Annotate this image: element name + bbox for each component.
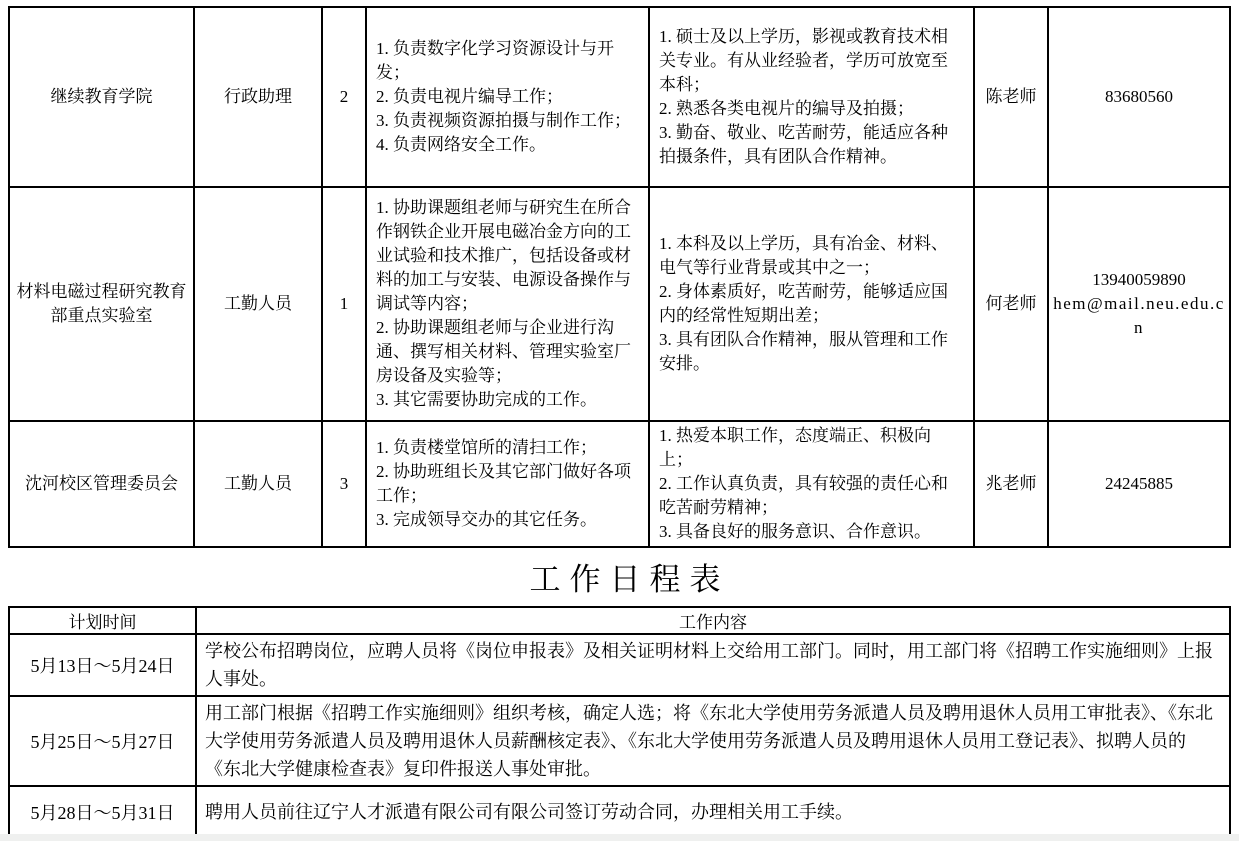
duty-item: 3. 完成领导交办的其它任务。: [376, 508, 639, 532]
duty-item: 2. 协助课题组老师与企业进行沟通、撰写相关材料、管理实验室厂房设备及实验等；: [376, 316, 639, 388]
duty-item: 2. 负责电视片编导工作；: [376, 85, 639, 109]
department-cell: 继续教育学院: [9, 7, 194, 187]
contact-cell: 陈老师: [974, 7, 1048, 187]
requirement-item: 2. 熟悉各类电视片的编导及拍摄；: [659, 97, 964, 121]
schedule-time-cell: 5月25日～5月27日: [9, 696, 196, 786]
table-row: 沈河校区管理委员会 工勤人员 3 1. 负责楼堂馆所的清扫工作； 2. 协助班组…: [9, 421, 1230, 547]
duty-item: 1. 负责楼堂馆所的清扫工作；: [376, 436, 639, 460]
requirement-item: 1. 本科及以上学历，具有冶金、材料、电气等行业背景或其中之一；: [659, 232, 964, 280]
page-bottom-margin: [0, 834, 1239, 841]
position-cell: 行政助理: [194, 7, 322, 187]
duty-item: 4. 负责网络安全工作。: [376, 133, 639, 157]
contact-cell: 何老师: [974, 187, 1048, 421]
table-row: 继续教育学院 行政助理 2 1. 负责数字化学习资源设计与开发； 2. 负责电视…: [9, 7, 1230, 187]
count-cell: 3: [322, 421, 366, 547]
jobs-table: 继续教育学院 行政助理 2 1. 负责数字化学习资源设计与开发； 2. 负责电视…: [8, 6, 1231, 548]
phone-cell: 13940059890 hem@mail.neu.edu.cn: [1048, 187, 1230, 421]
schedule-row: 5月25日～5月27日 用工部门根据《招聘工作实施细则》组织考核，确定人选；将《…: [9, 696, 1230, 786]
requirement-item: 1. 硕士及以上学历，影视或教育技术相关专业。有从业经验者，学历可放宽至本科；: [659, 25, 964, 97]
schedule-row: 5月28日～5月31日 聘用人员前往辽宁人才派遣有限公司有限公司签订劳动合同，办…: [9, 786, 1230, 838]
contact-cell: 兆老师: [974, 421, 1048, 547]
schedule-content-cell: 用工部门根据《招聘工作实施细则》组织考核，确定人选；将《东北大学使用劳务派遣人员…: [196, 696, 1230, 786]
phone-cell: 24245885: [1048, 421, 1230, 547]
requirement-item: 2. 工作认真负责，具有较强的责任心和吃苦耐劳精神；: [659, 472, 964, 520]
table-row: 材料电磁过程研究教育部重点实验室 工勤人员 1 1. 协助课题组老师与研究生在所…: [9, 187, 1230, 421]
requirement-item: 3. 勤奋、敬业、吃苦耐劳，能适应各种拍摄条件，具有团队合作精神。: [659, 121, 964, 169]
schedule-row: 5月13日～5月24日 学校公布招聘岗位，应聘人员将《岗位申报表》及相关证明材料…: [9, 634, 1230, 696]
phone-number: 24245885: [1053, 472, 1225, 496]
schedule-header-time: 计划时间: [9, 607, 196, 634]
schedule-time-cell: 5月28日～5月31日: [9, 786, 196, 838]
phone-number: 83680560: [1053, 85, 1225, 109]
requirement-item: 1. 热爱本职工作，态度端正、积极向上；: [659, 424, 964, 472]
position-cell: 工勤人员: [194, 421, 322, 547]
schedule-time-cell: 5月13日～5月24日: [9, 634, 196, 696]
schedule-content-cell: 学校公布招聘岗位，应聘人员将《岗位申报表》及相关证明材料上交给用工部门。同时，用…: [196, 634, 1230, 696]
schedule-table: 计划时间 工作内容 5月13日～5月24日 学校公布招聘岗位，应聘人员将《岗位申…: [8, 606, 1231, 839]
requirement-item: 3. 具有团队合作精神，服从管理和工作安排。: [659, 328, 964, 376]
phone-number: 13940059890: [1053, 268, 1225, 292]
duties-cell: 1. 协助课题组老师与研究生在所合作钢铁企业开展电磁冶金方向的工业试验和技术推广…: [366, 187, 649, 421]
department-cell: 材料电磁过程研究教育部重点实验室: [9, 187, 194, 421]
schedule-header-content: 工作内容: [196, 607, 1230, 634]
duty-item: 3. 负责视频资源拍摄与制作工作；: [376, 109, 639, 133]
count-cell: 2: [322, 7, 366, 187]
requirement-item: 3. 具备良好的服务意识、合作意识。: [659, 520, 964, 544]
duty-item: 1. 协助课题组老师与研究生在所合作钢铁企业开展电磁冶金方向的工业试验和技术推广…: [376, 196, 639, 316]
department-cell: 沈河校区管理委员会: [9, 421, 194, 547]
position-cell: 工勤人员: [194, 187, 322, 421]
email-text: hem@mail.neu.edu.cn: [1053, 292, 1225, 340]
requirements-cell: 1. 本科及以上学历，具有冶金、材料、电气等行业背景或其中之一； 2. 身体素质…: [649, 187, 974, 421]
duty-item: 3. 其它需要协助完成的工作。: [376, 388, 639, 412]
duty-item: 2. 协助班组长及其它部门做好各项工作；: [376, 460, 639, 508]
schedule-header-row: 计划时间 工作内容: [9, 607, 1230, 634]
duties-cell: 1. 负责数字化学习资源设计与开发； 2. 负责电视片编导工作； 3. 负责视频…: [366, 7, 649, 187]
requirement-item: 2. 身体素质好，吃苦耐劳，能够适应国内的经常性短期出差；: [659, 280, 964, 328]
duty-item: 1. 负责数字化学习资源设计与开发；: [376, 37, 639, 85]
duties-cell: 1. 负责楼堂馆所的清扫工作； 2. 协助班组长及其它部门做好各项工作； 3. …: [366, 421, 649, 547]
requirements-cell: 1. 硕士及以上学历，影视或教育技术相关专业。有从业经验者，学历可放宽至本科； …: [649, 7, 974, 187]
phone-cell: 83680560: [1048, 7, 1230, 187]
requirements-cell: 1. 热爱本职工作，态度端正、积极向上； 2. 工作认真负责，具有较强的责任心和…: [649, 421, 974, 547]
schedule-content-cell: 聘用人员前往辽宁人才派遣有限公司有限公司签订劳动合同，办理相关用工手续。: [196, 786, 1230, 838]
count-cell: 1: [322, 187, 366, 421]
schedule-title: 工作日程表: [8, 561, 1229, 599]
